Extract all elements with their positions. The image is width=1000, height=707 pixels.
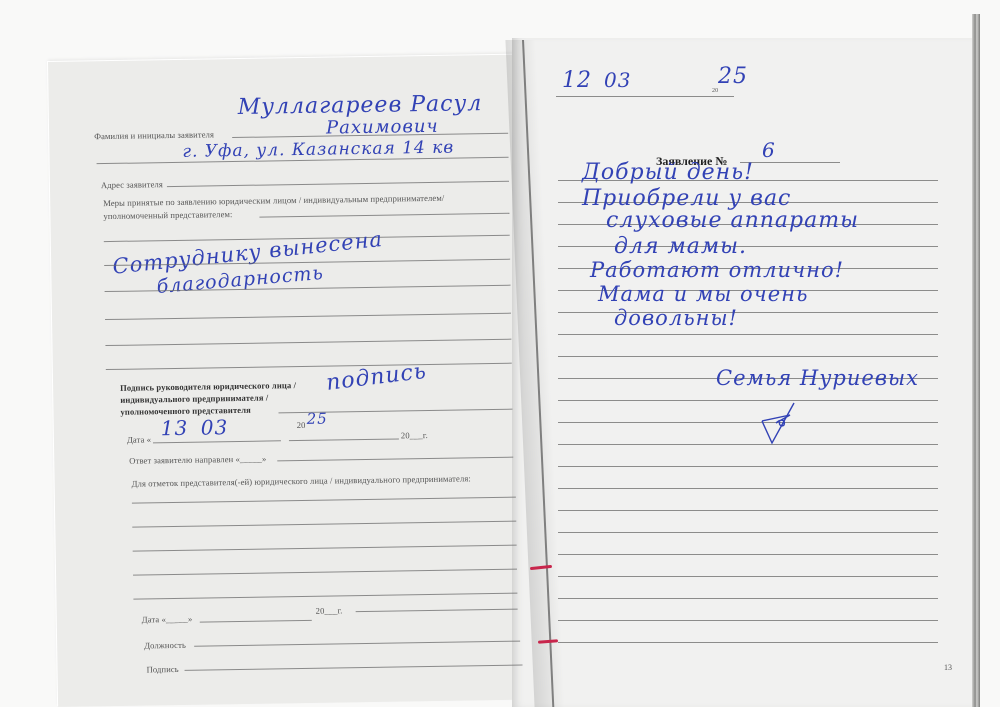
message-handwritten-4: для мамы.	[614, 234, 747, 259]
header-date-year-handwritten: 25	[718, 64, 748, 89]
footer-signature-label: Подпись	[146, 664, 178, 675]
footer-date-suffix: 20___г.	[316, 605, 343, 615]
message-line-16	[558, 510, 938, 511]
measures-label-2: уполномоченный представителем:	[103, 209, 232, 221]
message-handwritten-5: Работают отлично!	[590, 258, 844, 282]
applicant-name-handwritten-1: Муллагареев Расул	[238, 91, 483, 120]
header-date-line	[556, 96, 734, 97]
footer-date-label: Дата «_____»	[142, 614, 193, 625]
footer-date-line	[200, 620, 312, 623]
measures-line-7	[106, 363, 512, 370]
message-line-14	[558, 466, 938, 467]
measures-line-5	[105, 313, 511, 320]
position-line	[194, 641, 520, 647]
notes-line-1	[132, 497, 516, 504]
message-line-11	[558, 400, 938, 401]
message-line-20	[558, 598, 938, 599]
message-line-13	[558, 444, 938, 445]
signature-scribble	[750, 395, 810, 455]
signature-label-1: Подпись руководителя юридического лица /	[120, 380, 296, 393]
message-handwritten-7: довольны!	[614, 306, 738, 330]
date-day-handwritten: 13	[161, 416, 189, 440]
left-page-content: Муллагареев Расул Фамилия и инициалы зая…	[0, 0, 1000, 707]
message-line-8	[558, 334, 938, 335]
message-line-19	[558, 576, 938, 577]
date-line-2	[289, 438, 399, 441]
measures-label-1: Меры принятые по заявлению юридическим л…	[103, 193, 444, 208]
date-blank-suffix: 20___г.	[401, 430, 428, 440]
notes-line-2	[132, 521, 516, 528]
applicant-name-label: Фамилия и инициалы заявителя	[94, 129, 214, 141]
statement-number-handwritten: 6	[762, 138, 776, 162]
message-line-15	[558, 488, 938, 489]
response-label: Ответ заявителю направлен «_____»	[129, 454, 266, 466]
message-line-12	[558, 422, 938, 423]
message-handwritten-1: Добрый день!	[582, 160, 754, 185]
date-year-prefix: 20	[297, 420, 306, 430]
position-label: Должность	[144, 640, 186, 651]
message-handwritten-6: Мама и мы очень	[598, 282, 808, 306]
signed-by-handwritten: Семья Нуриевых	[716, 366, 919, 390]
message-line-17	[558, 532, 938, 533]
date-line	[153, 440, 281, 443]
message-line-9	[558, 356, 938, 357]
response-line	[277, 457, 513, 462]
message-line-22	[558, 642, 938, 643]
signature-label-2: индивидуального предпринимателя /	[120, 393, 268, 405]
notes-line-4	[133, 569, 517, 576]
date-label: Дата «	[127, 434, 151, 444]
statement-number-line	[740, 162, 840, 163]
message-line-21	[558, 620, 938, 621]
footer-date-line-2	[356, 609, 518, 613]
applicant-address-line	[167, 181, 509, 187]
date-month-handwritten: 03	[201, 415, 229, 439]
applicant-name-handwritten-2: Рахимович	[326, 116, 439, 139]
footer-signature-line	[185, 665, 523, 671]
applicant-address-label: Адрес заявителя	[101, 179, 163, 190]
header-date-month-handwritten: 03	[604, 68, 631, 92]
notes-line-3	[133, 545, 517, 552]
header-date-day-handwritten: 12	[562, 68, 592, 93]
date-year-handwritten: 25	[306, 410, 327, 428]
measures-line-6	[105, 339, 511, 346]
notes-label: Для отметок представителя(-ей) юридическ…	[132, 473, 471, 488]
notes-line-5	[133, 593, 517, 600]
message-line-18	[558, 554, 938, 555]
measures-line-1	[259, 213, 509, 218]
page-number: 13	[944, 663, 952, 672]
applicant-address-handwritten: г. Уфа, ул. Казанская 14 кв	[182, 138, 454, 162]
message-handwritten-3: слуховые аппараты	[606, 208, 859, 233]
